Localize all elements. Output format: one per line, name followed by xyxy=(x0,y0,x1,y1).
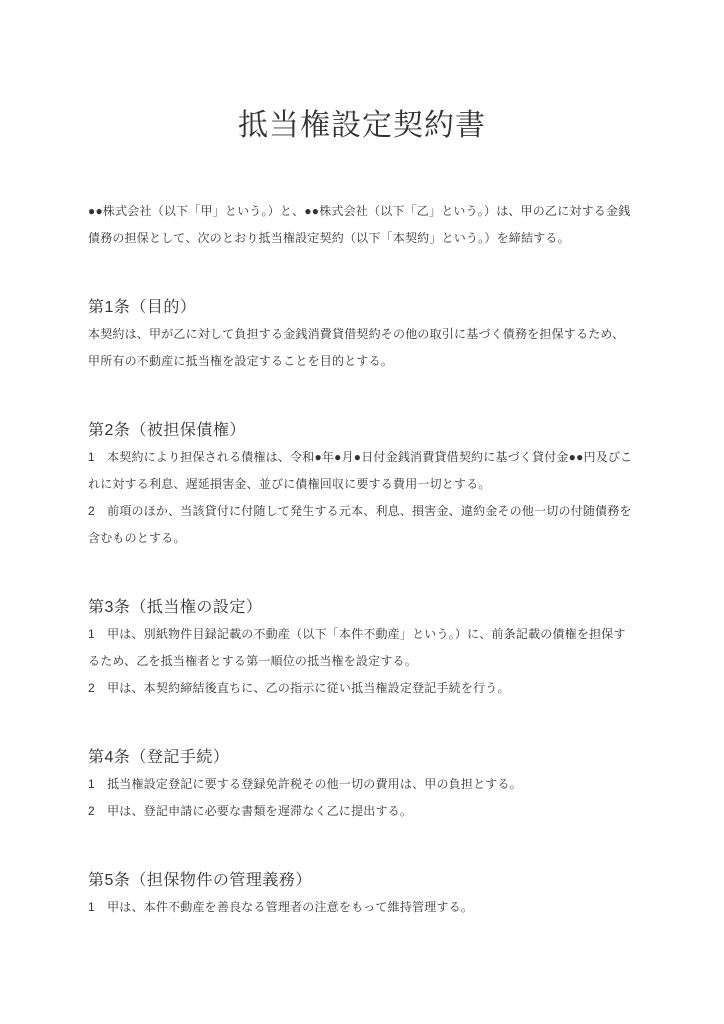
contract-document-page: 抵当権設定契約書 ●●株式会社（以下「甲」という。）と、●●株式会社（以下「乙」… xyxy=(0,0,724,1024)
article-2-secured-claims: 第2条（被担保債権） 1 本契約により担保される債権は、令和●年●月●日付金銭消… xyxy=(88,417,636,552)
article-2-heading: 第2条（被担保債権） xyxy=(88,417,636,444)
article-4-heading: 第4条（登記手続） xyxy=(88,744,636,771)
article-3-heading: 第3条（抵当権の設定） xyxy=(88,594,636,621)
article-4-registration-procedure: 第4条（登記手続） 1 抵当権設定登記に要する登録免許税その他一切の費用は、甲の… xyxy=(88,744,636,825)
article-2-paragraph-2: 2 前項のほか、当該貸付に付随して発生する元本、利息、損害金、違約金その他一切の… xyxy=(88,498,636,552)
article-5-paragraph-1: 1 甲は、本件不動産を善良なる管理者の注意をもって維持管理する。 xyxy=(88,894,636,921)
preamble-paragraph: ●●株式会社（以下「甲」という。）と、●●株式会社（以下「乙」という。）は、甲の… xyxy=(88,198,636,252)
article-3-mortgage-establishment: 第3条（抵当権の設定） 1 甲は、別紙物件目録記載の不動産（以下「本件不動産」と… xyxy=(88,594,636,702)
article-1-purpose: 第1条（目的） 本契約は、甲が乙に対して負担する金銭消費貸借契約その他の取引に基… xyxy=(88,294,636,375)
article-3-paragraph-2: 2 甲は、本契約締結後直ちに、乙の指示に従い抵当権設定登記手続を行う。 xyxy=(88,675,636,702)
article-4-paragraph-2: 2 甲は、登記申請に必要な書類を遅滞なく乙に提出する。 xyxy=(88,798,636,825)
article-5-collateral-management-duty: 第5条（担保物件の管理義務） 1 甲は、本件不動産を善良なる管理者の注意をもって… xyxy=(88,867,636,921)
article-1-paragraph-1: 本契約は、甲が乙に対して負担する金銭消費貸借契約その他の取引に基づく債務を担保す… xyxy=(88,321,636,375)
article-3-paragraph-1: 1 甲は、別紙物件目録記載の不動産（以下「本件不動産」という。）に、前条記載の債… xyxy=(88,621,636,675)
article-5-heading: 第5条（担保物件の管理義務） xyxy=(88,867,636,894)
article-4-paragraph-1: 1 抵当権設定登記に要する登録免許税その他一切の費用は、甲の負担とする。 xyxy=(88,771,636,798)
article-1-heading: 第1条（目的） xyxy=(88,294,636,321)
article-2-paragraph-1: 1 本契約により担保される債権は、令和●年●月●日付金銭消費貸借契約に基づく貸付… xyxy=(88,444,636,498)
document-title: 抵当権設定契約書 xyxy=(88,107,636,145)
